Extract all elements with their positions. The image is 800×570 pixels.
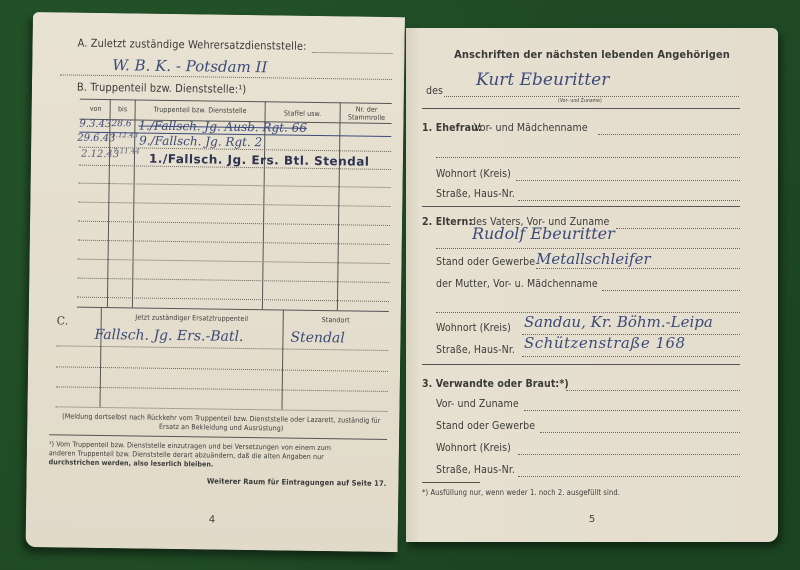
page-number-left: 4 <box>26 512 398 528</box>
left-page: A. Zuletzt zuständige Wehrersatzdienstst… <box>26 12 405 552</box>
section-2-strasse-value: Schützenstraße 168 <box>524 334 686 352</box>
footnote-rule <box>422 482 480 483</box>
header-staffel: Staffel usw. <box>266 109 340 118</box>
section-2-vater-value: Rudolf Ebeuritter <box>472 224 615 243</box>
section-1-label: 1. Ehefrau: <box>422 122 482 134</box>
section-2-field-strasse: Straße, Haus-Nr. <box>436 344 515 356</box>
section-2-wohnort-value: Sandau, Kr. Böhm.-Leipa <box>524 313 713 331</box>
page-number-right: 5 <box>406 514 778 525</box>
empty-row-line <box>78 259 390 264</box>
row1-von: 9.3.43 <box>79 119 111 130</box>
empty-row-line <box>78 202 390 207</box>
section-a-handwritten: W. B. K. - Potsdam II <box>112 56 267 76</box>
section-3-strasse-line[interactable] <box>518 476 740 477</box>
section-a-dots <box>312 52 392 54</box>
section-3-wohnort-line[interactable] <box>518 454 740 455</box>
more-space-note: Weiterer Raum für Eintragungen auf Seite… <box>207 476 387 488</box>
section-c-line <box>56 366 388 372</box>
section-2-rule <box>422 364 740 365</box>
row2-bis: 1.12.43 <box>111 131 131 139</box>
des-line <box>444 96 739 97</box>
empty-row-line <box>77 278 389 283</box>
header-bis: bis <box>111 105 135 113</box>
row3-bis: 7.11.44 <box>113 147 133 155</box>
section-3-stand-line[interactable] <box>540 432 740 433</box>
section-2-stand-line[interactable] <box>536 268 740 269</box>
section-1-field-strasse: Straße, Haus-Nr. <box>436 188 515 200</box>
section-1-field-wohnort: Wohnort (Kreis) <box>436 168 511 180</box>
section-c-col-divider <box>281 310 283 410</box>
table-bottom-rule <box>77 307 389 312</box>
section-1-strasse-line[interactable] <box>518 200 740 201</box>
row1-bis: 28.6 <box>111 119 131 129</box>
des-label: des <box>426 85 443 97</box>
section-2-field-stand: Stand oder Gewerbe <box>436 256 535 268</box>
right-footnote: *) Ausfüllung nur, wenn weder 1. noch 2.… <box>422 488 620 497</box>
section-b-label: B. Truppenteil bzw. Dienststelle:¹) <box>77 81 247 96</box>
empty-row-line <box>77 297 389 302</box>
section-3-field-name: Vor- und Zuname <box>436 398 519 410</box>
section-3-name-line[interactable] <box>524 410 740 411</box>
empty-row-line <box>78 240 390 245</box>
section-2-vater-line-2[interactable] <box>436 248 740 249</box>
section-1-name-line[interactable] <box>598 134 740 135</box>
section-3-line[interactable] <box>566 390 740 391</box>
header-stammrolle: Nr. der Stammrolle <box>341 105 393 122</box>
section-3-field-wohnort: Wohnort (Kreis) <box>436 442 511 454</box>
section-a-label: A. Zuletzt zuständige Wehrersatzdienstst… <box>77 37 306 53</box>
right-page: Anschriften der nächsten lebenden Angehö… <box>406 28 778 542</box>
section-c-line <box>55 406 387 412</box>
section-3-label: 3. Verwandte oder Braut:*) <box>422 378 569 390</box>
table-top-rule <box>80 99 392 104</box>
section-1-rule <box>422 206 740 207</box>
footnote-line-3: durchstrichen werden, also leserlich ble… <box>49 458 214 469</box>
section-c-unit: Fallsch. Jg. Ers.-Batl. <box>94 327 243 345</box>
section-c-marker: C. <box>57 314 69 327</box>
des-caption: (Vor- und Zuname) <box>558 98 602 104</box>
section-1-wohnort-line[interactable] <box>516 180 740 181</box>
section-2-field-mutter: der Mutter, Vor- u. Mädchenname <box>436 278 598 290</box>
row2-von: 29.6.43 <box>77 133 115 145</box>
empty-row-line <box>78 221 390 226</box>
section-c-location: Stendal <box>290 330 345 347</box>
des-value: Kurt Ebeuritter <box>476 70 609 90</box>
des-rule <box>422 108 740 109</box>
section-1-field-name: Vor- und Mädchenname <box>474 122 588 134</box>
section-3-field-stand: Stand oder Gewerbe <box>436 420 535 432</box>
footnote-rule <box>49 434 387 440</box>
section-c-header-standort: Standort <box>283 316 389 325</box>
section-2-label: 2. Eltern: <box>422 216 472 228</box>
section-2-vater-line[interactable] <box>616 228 740 229</box>
section-2-mutter-line[interactable] <box>602 290 740 291</box>
section-c-header-unit: Jetzt zuständiger Ersatztruppenteil <box>101 313 283 324</box>
header-unit: Truppenteil bzw. Dienststelle <box>136 105 265 115</box>
section-c-line <box>56 386 388 392</box>
right-page-title: Anschriften der nächsten lebenden Angehö… <box>406 48 778 61</box>
section-2-stand-value: Metallschleifer <box>536 250 651 268</box>
section-3-field-strasse: Straße, Haus-Nr. <box>436 464 515 476</box>
header-von: von <box>82 105 110 113</box>
section-2-strasse-line[interactable] <box>522 356 740 357</box>
section-2-field-wohnort: Wohnort (Kreis) <box>436 322 511 334</box>
section-1-name-line-2[interactable] <box>436 157 740 158</box>
section-c-note: (Meldung dortselbst nach Rückkehr vom Tr… <box>55 412 387 435</box>
section-c-col-divider <box>99 307 101 407</box>
empty-row-line <box>79 183 391 188</box>
